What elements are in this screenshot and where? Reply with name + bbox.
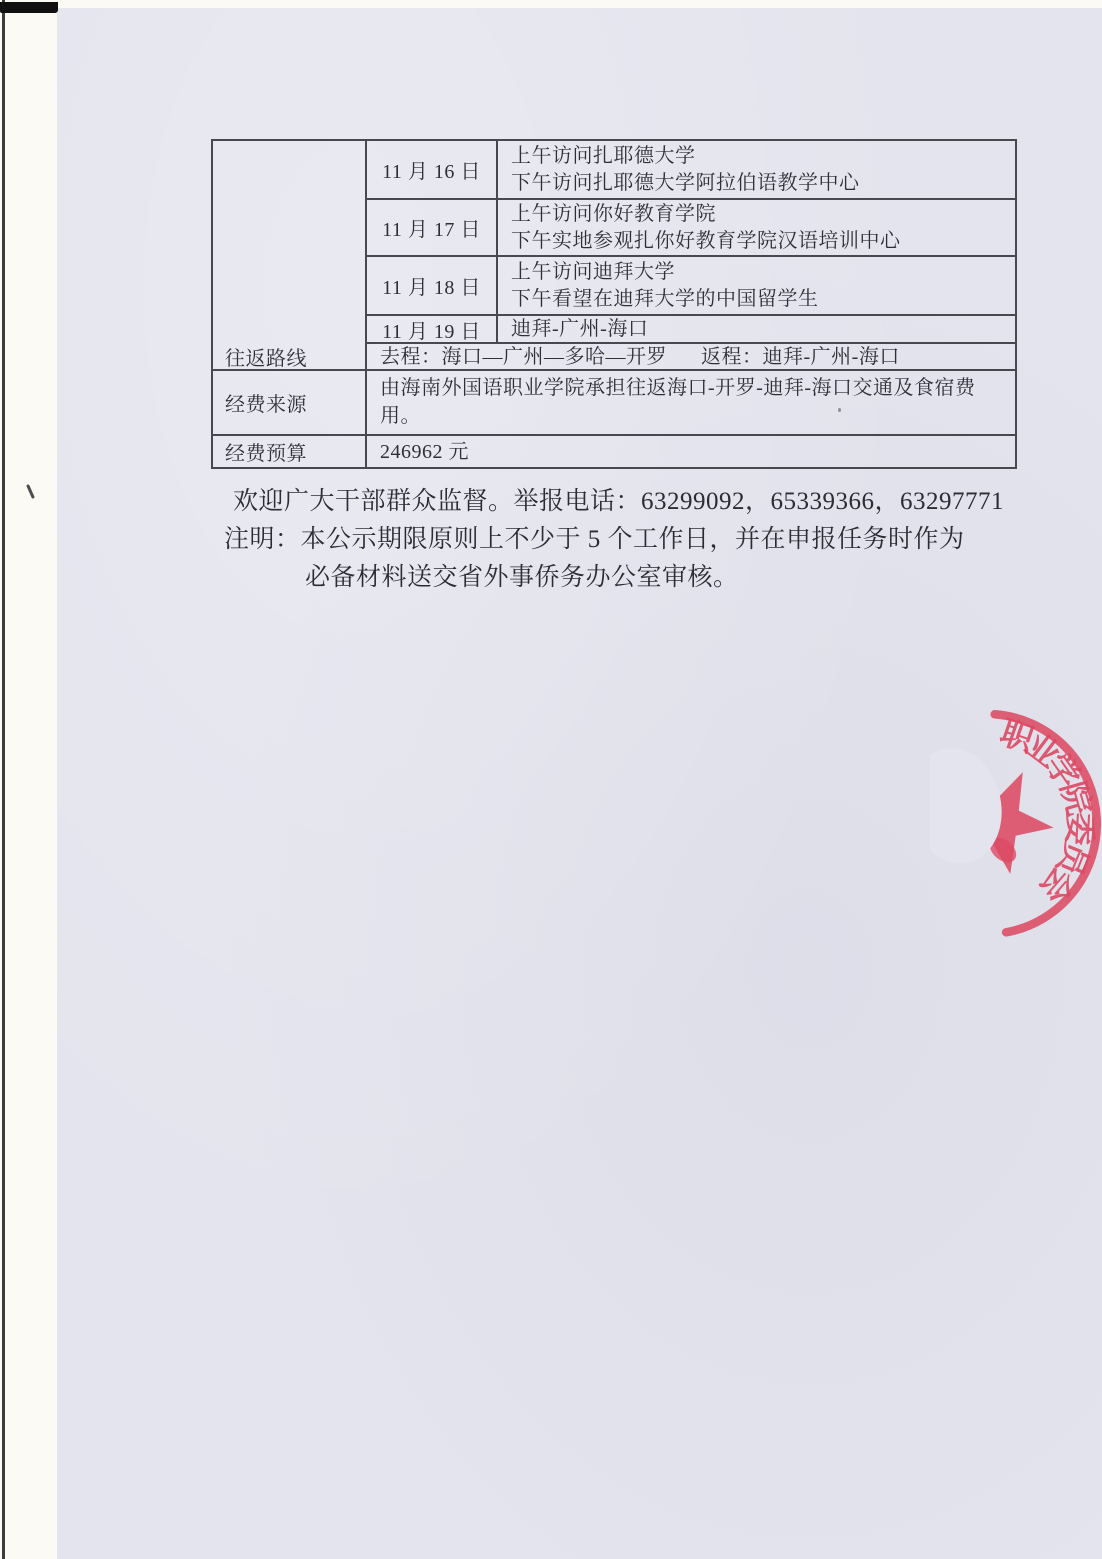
supervision-note-line: 欢迎广大干部群众监督。举报电话：63299092，65339366，632977…: [233, 481, 1004, 517]
schedule-table: 11 月 16 日 上午访问扎耶德大学 下午访问扎耶德大学阿拉伯语教学中心 11…: [211, 139, 1017, 469]
pen-mark: [26, 484, 35, 499]
row-label-budget: 经费预算: [213, 436, 367, 467]
activity-line: 上午访问你好教育学院: [511, 201, 1007, 228]
row-label-funding-source: 经费来源: [213, 371, 367, 436]
activity-line: 上午访问迪拜大学: [511, 259, 1007, 286]
route-value-cell: 去程：海口—广州—多哈—开罗 返程：迪拜-广州-海口: [367, 344, 1015, 371]
row-label-route: 往返路线: [213, 344, 367, 371]
date-cell: 11 月 16 日: [367, 141, 498, 200]
route-outbound: 去程：海口—广州—多哈—开罗: [380, 344, 667, 371]
activity-cell: 上午访问你好教育学院 下午实地参观扎你好教育学院汉语培训中心: [498, 200, 1015, 257]
official-stamp: 职业学院委员会: [930, 660, 1102, 980]
route-return: 返程：迪拜-广州-海口: [701, 344, 900, 371]
scanner-top-bar: [0, 2, 58, 13]
activity-line: 迪拜-广州-海口: [511, 316, 1007, 343]
remark-note-continuation-line: 必备材料送交省外事侨务办公室审核。: [305, 557, 739, 593]
activity-cell: 上午访问扎耶德大学 下午访问扎耶德大学阿拉伯语教学中心: [498, 141, 1015, 200]
activity-line: 上午访问扎耶德大学: [511, 143, 1007, 170]
scanned-document-page: { "table": { "schedule_rows": [ { "date"…: [0, 0, 1102, 1559]
date-cell: 11 月 17 日: [367, 200, 498, 257]
remark-note-line: 注明：本公示期限原则上不少于 5 个工作日，并在申报任务时作为: [224, 519, 965, 555]
date-cell: 11 月 18 日: [367, 257, 498, 316]
budget-value: 246962 元: [367, 436, 1015, 467]
activity-line: 下午看望在迪拜大学的中国留学生: [511, 286, 1007, 313]
activity-cell: 迪拜-广州-海口: [498, 316, 1015, 344]
activity-cell: 上午访问迪拜大学 下午看望在迪拜大学的中国留学生: [498, 257, 1015, 316]
scanner-edge-line: [2, 0, 5, 1559]
funding-source-value: 由海南外国语职业学院承担往返海口-开罗-迪拜-海口交通及食宿费用。: [367, 371, 1015, 436]
activity-line: 下午实地参观扎你好教育学院汉语培训中心: [511, 228, 1007, 255]
activity-line: 下午访问扎耶德大学阿拉伯语教学中心: [511, 170, 1007, 197]
table-empty-spanner-cell: [213, 141, 367, 344]
date-cell: 11 月 19 日: [367, 316, 498, 344]
